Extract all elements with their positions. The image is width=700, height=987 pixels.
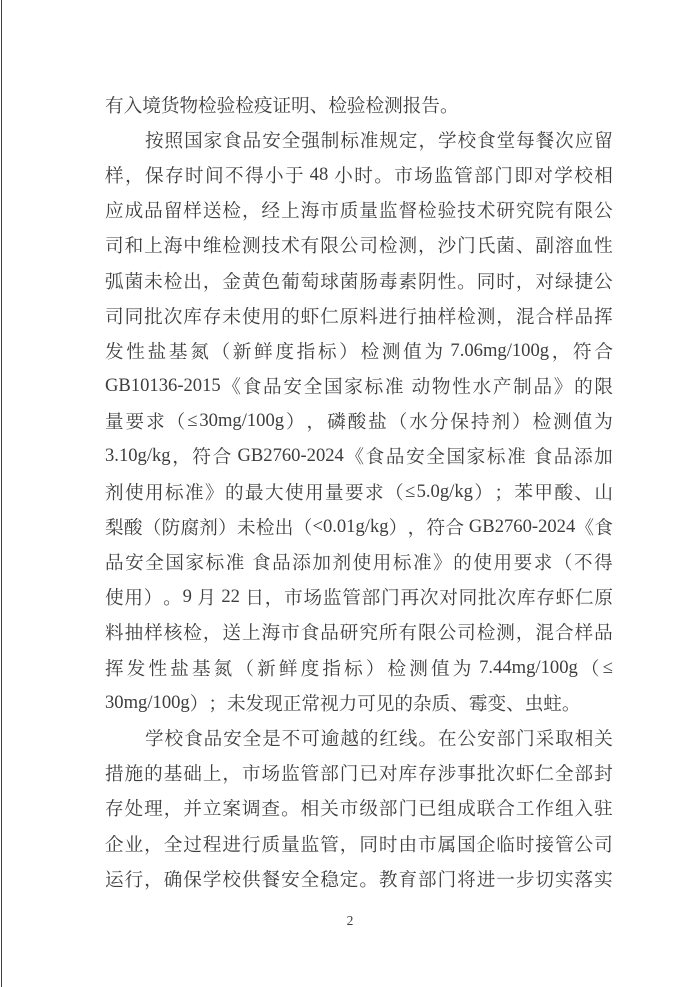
text-token: 对	[439, 584, 458, 610]
text-token: 指	[297, 338, 316, 364]
text-line: 梨酸（防腐剂）未检出（<0.01g/kg），符合 GB2760-2024《食	[105, 509, 613, 544]
text-token: 市	[340, 795, 359, 821]
text-token: 用	[124, 584, 143, 610]
text-token: 制	[513, 373, 532, 399]
text-token: 上	[144, 232, 163, 258]
text-token: 案	[222, 795, 241, 821]
text-token: 准	[385, 373, 404, 399]
page-number: 2	[0, 913, 700, 929]
text-token: 行	[398, 303, 417, 329]
text-token: 查	[262, 795, 281, 821]
text-token: 门	[438, 866, 457, 892]
text-token: 全	[164, 831, 183, 857]
text-token: 酸	[554, 479, 573, 505]
text-token: 技	[262, 232, 281, 258]
text-token: 次	[555, 127, 574, 153]
text-token: 货	[161, 92, 180, 118]
text-token: 测	[398, 232, 417, 258]
text-token: 校	[458, 127, 477, 153]
text-token: <0.01g/kg	[312, 516, 388, 538]
text-token: 抽	[125, 619, 144, 645]
text-token: 检	[457, 303, 476, 329]
text-token: 安	[223, 725, 242, 751]
text-token: 一	[496, 866, 515, 892]
text-token: 合	[594, 338, 613, 364]
text-token	[405, 375, 410, 397]
text-token: ，	[307, 408, 326, 434]
text-token: 肠	[359, 268, 378, 294]
text-token: 学	[438, 127, 457, 153]
text-line: 措施的基础上，市场监管部门已对库存涉事批次虾仁全部封	[105, 756, 613, 791]
text-token: 小	[334, 162, 353, 188]
text-token: 次	[420, 584, 439, 610]
text-token: 符	[573, 338, 592, 364]
text-token: 存	[536, 584, 555, 610]
text-token: 公	[340, 232, 359, 258]
text-token: 的	[144, 760, 163, 786]
text-token: 品	[144, 197, 163, 223]
text-token: 见	[376, 690, 395, 716]
text-token: 原	[340, 303, 359, 329]
text-token: 限	[594, 373, 613, 399]
text-token: ）	[474, 479, 493, 505]
text-line: 有入境货物检验检疫证明、检验检测报告。	[105, 87, 613, 122]
text-token: 临	[496, 831, 515, 857]
text-token: 样	[555, 303, 574, 329]
text-token: 新	[257, 655, 276, 681]
text-token: 性	[438, 268, 457, 294]
text-token: （	[211, 338, 230, 364]
text-line: 司同批次库存未使用的虾仁原料进行抽样检测，混合样品挥	[105, 298, 613, 333]
text-token: 测	[382, 338, 401, 364]
text-token: 限	[575, 197, 594, 223]
text-token: 物	[179, 92, 198, 118]
text-token: 检	[164, 268, 183, 294]
text-token: 实	[555, 866, 574, 892]
text-token: 的	[453, 549, 472, 575]
text-token: 用	[262, 303, 281, 329]
text-token: 食	[301, 619, 320, 645]
text-token: 场	[304, 584, 323, 610]
text-token: 是	[262, 725, 281, 751]
text-token: 保	[145, 162, 164, 188]
text-token: 质	[262, 831, 281, 857]
text-token: 限	[418, 619, 437, 645]
text-token: 色	[262, 268, 281, 294]
text-token: 餐	[262, 866, 281, 892]
text-token: 落	[575, 866, 594, 892]
text-token: 留	[164, 197, 183, 223]
text-token: 应	[105, 197, 124, 223]
text-token: 存	[203, 303, 222, 329]
text-token: 检	[388, 655, 407, 681]
text-token: ，	[418, 127, 437, 153]
text-token: 品	[105, 549, 124, 575]
text-token: 司	[594, 831, 613, 857]
text-token: 值	[431, 655, 450, 681]
text-token: 标	[393, 549, 412, 575]
text-token: 时	[185, 162, 204, 188]
text-token: 水	[409, 408, 428, 434]
text-token: 剂	[491, 408, 510, 434]
text-token: 应	[575, 127, 594, 153]
text-token: 。	[359, 866, 378, 892]
text-token	[246, 551, 251, 573]
text-line: 剂使用标准》的最大使用量要求（≤5.0g/kg）；苯甲酸、山	[105, 474, 613, 509]
text-token: 食	[366, 443, 385, 469]
text-token: 关	[594, 725, 613, 751]
text-token: 、	[506, 690, 525, 716]
text-token: ，	[552, 338, 571, 364]
text-token: 品	[594, 619, 613, 645]
text-token: 线	[399, 725, 418, 751]
text-token: ，	[408, 514, 427, 540]
text-token: 证	[272, 92, 291, 118]
text-token: 品	[272, 549, 291, 575]
text-token: 质	[340, 197, 359, 223]
text-token: 术	[281, 232, 300, 258]
text-token: 》	[205, 479, 224, 505]
text-token: 为	[594, 408, 613, 434]
text-token: 准	[226, 549, 245, 575]
text-token: 准	[413, 549, 432, 575]
text-token: 海	[262, 619, 281, 645]
text-token: 校	[574, 162, 593, 188]
text-token: ）	[512, 408, 531, 434]
text-token: 供	[242, 866, 261, 892]
text-token: 合	[535, 303, 554, 329]
text-token: 量	[105, 408, 124, 434]
text-line: 使用）。9 月 22 日，市场监管部门再次对同批次库存虾仁原	[105, 580, 613, 615]
text-token: 定	[399, 127, 418, 153]
text-token: 础	[183, 760, 202, 786]
text-token: 合	[213, 443, 232, 469]
text-token: 保	[183, 866, 202, 892]
text-token: 监	[379, 197, 398, 223]
text-token: ，	[203, 268, 222, 294]
text-token: 相	[301, 795, 320, 821]
text-token: 司	[105, 232, 124, 258]
text-token: 物	[432, 373, 451, 399]
text-token: 食	[594, 514, 613, 540]
text-token: 同	[125, 303, 144, 329]
text-token: 虾	[301, 303, 320, 329]
text-token: 捷	[575, 268, 594, 294]
text-line: 料抽样核检，送上海市食品研究所有限公司检测，混合样品	[105, 615, 613, 650]
text-token: 食	[223, 127, 242, 153]
text-token: 合	[555, 619, 574, 645]
text-token: ）	[339, 338, 358, 364]
text-token: ，	[164, 795, 183, 821]
text-token: 变	[487, 690, 506, 716]
text-token: 按	[145, 127, 164, 153]
text-token: 的	[281, 303, 300, 329]
text-token: 使	[285, 479, 304, 505]
text-token: 门	[340, 760, 359, 786]
text-token: 企	[105, 831, 124, 857]
text-token: 部	[379, 795, 398, 821]
text-token: ，	[265, 584, 284, 610]
text-token: 批	[144, 303, 163, 329]
text-token: ，	[125, 162, 144, 188]
text-token: 持	[471, 408, 490, 434]
text-token: 驻	[594, 795, 613, 821]
text-token: 7.06mg/100g	[446, 340, 549, 362]
text-token: ）	[144, 584, 163, 610]
text-line: 发性盐基氮（新鲜度指标）检测值为 7.06mg/100g，符合	[105, 333, 613, 368]
text-token: 样	[183, 197, 202, 223]
text-token: 品	[263, 373, 282, 399]
text-token: 检	[366, 92, 385, 118]
text-token: 鲜	[254, 338, 273, 364]
text-token: 求	[146, 408, 165, 434]
text-token: 全	[243, 725, 262, 751]
text-token: 由	[398, 831, 417, 857]
text-token: 海	[164, 232, 183, 258]
text-token: ，	[496, 303, 515, 329]
text-token: 司	[105, 303, 124, 329]
text-token: 。	[440, 92, 459, 118]
text-token: 督	[398, 197, 417, 223]
text-token: 新	[233, 338, 252, 364]
text-token: ，	[172, 443, 191, 469]
text-token: 部	[362, 584, 381, 610]
text-token: 在	[438, 725, 457, 751]
text-token: 国	[165, 549, 184, 575]
text-token: 实	[594, 866, 613, 892]
text-token: 海	[301, 197, 320, 223]
text-token: 质	[432, 690, 451, 716]
text-token: 和	[125, 232, 144, 258]
text-token: 切	[535, 866, 554, 892]
text-token: 9	[183, 586, 197, 608]
text-token: 调	[242, 795, 261, 821]
text-token: ≤	[187, 410, 197, 432]
text-token: 使	[105, 584, 124, 610]
text-token: 测	[496, 619, 515, 645]
text-token: 育	[398, 866, 417, 892]
text-token: 氮	[214, 655, 233, 681]
text-token: 、	[310, 92, 329, 118]
text-token: 究	[359, 619, 378, 645]
text-token: 检	[235, 92, 254, 118]
text-token: 安	[262, 127, 281, 153]
text-token: 未	[144, 268, 163, 294]
text-token: 要	[514, 549, 533, 575]
text-token: 品	[386, 443, 405, 469]
text-token: 监	[281, 760, 300, 786]
text-token: 发	[127, 655, 146, 681]
text-token: ，	[242, 197, 261, 223]
text-token: 关	[320, 795, 339, 821]
text-token: 为	[453, 655, 472, 681]
text-token: ，	[418, 232, 437, 258]
text-token: 所	[379, 619, 398, 645]
text-token: 学	[203, 866, 222, 892]
text-token: 7.44mg/100g	[474, 657, 577, 679]
text-token: 采	[536, 725, 555, 751]
text-token: 涉	[438, 760, 457, 786]
text-token: 日	[245, 584, 264, 610]
text-token: 公	[594, 268, 613, 294]
text-token: 部	[418, 866, 437, 892]
text-token: 酸	[348, 408, 367, 434]
text-token: 性	[594, 232, 613, 258]
text-token: 检	[222, 232, 241, 258]
text-token: 库	[398, 760, 417, 786]
text-token: 使	[242, 303, 261, 329]
text-token: 料	[105, 619, 124, 645]
text-token: 蛀	[543, 690, 562, 716]
text-token: 次	[164, 303, 183, 329]
text-token: 》	[433, 549, 452, 575]
text-token: 未	[237, 514, 256, 540]
text-token: 校	[165, 725, 184, 751]
text-line: 存处理，并立案调查。相关市级部门已组成联合工作组入驻	[105, 791, 613, 826]
text-token: 品	[243, 127, 262, 153]
text-token: 酸	[124, 514, 143, 540]
text-token: 全	[426, 443, 445, 469]
text-token: 行	[125, 866, 144, 892]
text-token: 、	[516, 232, 535, 258]
text-token: 剂	[199, 514, 218, 540]
text-token: 保	[450, 408, 469, 434]
text-token: 要	[126, 408, 145, 434]
text-token: 监	[323, 584, 342, 610]
text-token: 添	[292, 549, 311, 575]
text-token: 市	[281, 619, 300, 645]
text-token: 入	[124, 92, 143, 118]
text-token: （	[385, 479, 404, 505]
text-token: 绿	[555, 268, 574, 294]
text-token: 正	[283, 690, 302, 716]
text-token: 》	[554, 373, 573, 399]
text-token: 符	[192, 443, 211, 469]
text-token: 国	[457, 831, 476, 857]
text-token: 的	[394, 690, 413, 716]
text-token: 部	[575, 760, 594, 786]
text-token: 测	[384, 92, 403, 118]
text-token: 混	[535, 619, 554, 645]
text-token: 合	[445, 514, 464, 540]
text-token: 防	[162, 514, 181, 540]
text-token: （	[554, 549, 573, 575]
text-line: 样，保存时间不得小于 48 小时。市场监管部门即对学校相	[105, 157, 613, 192]
text-token: 维	[203, 232, 222, 258]
text-token: 视	[320, 690, 339, 716]
text-token: 制	[321, 127, 340, 153]
text-token: 标	[340, 127, 359, 153]
text-token: 批	[477, 760, 496, 786]
text-token: 家	[344, 373, 363, 399]
text-token: 食	[252, 549, 271, 575]
text-token: 明	[291, 92, 310, 118]
text-token: 上	[203, 760, 222, 786]
text-token: 为	[424, 338, 443, 364]
text-token: 存	[105, 795, 124, 821]
text-token: 样	[575, 619, 594, 645]
text-token: 量	[281, 831, 300, 857]
text-token: 甲	[534, 479, 553, 505]
text-token: 取	[555, 725, 574, 751]
text-token: 样	[105, 162, 124, 188]
text-token: 餐	[536, 127, 555, 153]
text-token: 氮	[190, 338, 209, 364]
text-token: 《	[345, 443, 364, 469]
text-line: 挥发性盐基氮（新鲜度指标）检测值为 7.44mg/100g（≤	[105, 650, 613, 685]
text-token: ；	[494, 479, 513, 505]
text-token: 施	[125, 760, 144, 786]
text-token: ≤	[603, 657, 613, 679]
text-token: 存	[165, 162, 184, 188]
text-token: 时	[354, 162, 373, 188]
text-token: 准	[360, 127, 379, 153]
text-token: 食	[477, 127, 496, 153]
text-token: 全	[555, 760, 574, 786]
text-token: 送	[222, 619, 241, 645]
text-line: 应成品留样送检，经上海市质量监督检验技术研究院有限公	[105, 193, 613, 228]
text-token: 弧	[105, 268, 124, 294]
text-token: 苯	[514, 479, 533, 505]
text-token: 黄	[242, 268, 261, 294]
text-token: 企	[477, 831, 496, 857]
text-token: 属	[438, 831, 457, 857]
text-token: 学	[554, 162, 573, 188]
text-token: 公	[458, 725, 477, 751]
text-token: 定	[340, 866, 359, 892]
text-token: 运	[105, 866, 124, 892]
text-token: GB10136-2015	[105, 375, 221, 397]
text-token: 报	[403, 92, 422, 118]
text-token: 准	[185, 479, 204, 505]
text-token: 。	[562, 690, 581, 716]
text-token: 原	[594, 584, 613, 610]
text-token: ）	[218, 514, 237, 540]
text-token: 步	[516, 866, 535, 892]
text-token: 《	[222, 373, 241, 399]
text-token: 立	[203, 795, 222, 821]
text-token: 已	[418, 795, 437, 821]
text-token: 品	[554, 443, 573, 469]
text-token: 未	[222, 303, 241, 329]
text-token: 添	[574, 443, 593, 469]
text-token: 次	[496, 760, 515, 786]
text-line: 量要求（≤30mg/100g），磷酸盐（水分保持剂）检测值为	[105, 404, 613, 439]
text-token: 溶	[555, 232, 574, 258]
text-line: 3.10g/kg，符合 GB2760-2024《食品安全国家标准 食品添加	[105, 439, 613, 474]
text-token: 进	[379, 303, 398, 329]
text-token: 菌	[125, 268, 144, 294]
text-token: 30mg/100g	[105, 692, 190, 714]
text-token: 究	[516, 197, 535, 223]
text-token: 工	[516, 795, 535, 821]
text-token: 全	[145, 549, 164, 575]
text-token: 可	[357, 690, 376, 716]
text-token: 管	[320, 831, 339, 857]
text-token: 、	[574, 479, 593, 505]
text-token: 3.10g/kg	[105, 445, 171, 467]
text-token: 使	[125, 479, 144, 505]
text-token: 标	[487, 443, 506, 469]
text-token: 上	[242, 619, 261, 645]
text-token: 监	[301, 831, 320, 857]
text-token: 品	[575, 303, 594, 329]
text-token: 测	[242, 232, 261, 258]
text-token: 安	[283, 373, 302, 399]
text-token: 加	[594, 443, 613, 469]
text-token: 已	[359, 760, 378, 786]
text-token: ）	[389, 514, 408, 540]
